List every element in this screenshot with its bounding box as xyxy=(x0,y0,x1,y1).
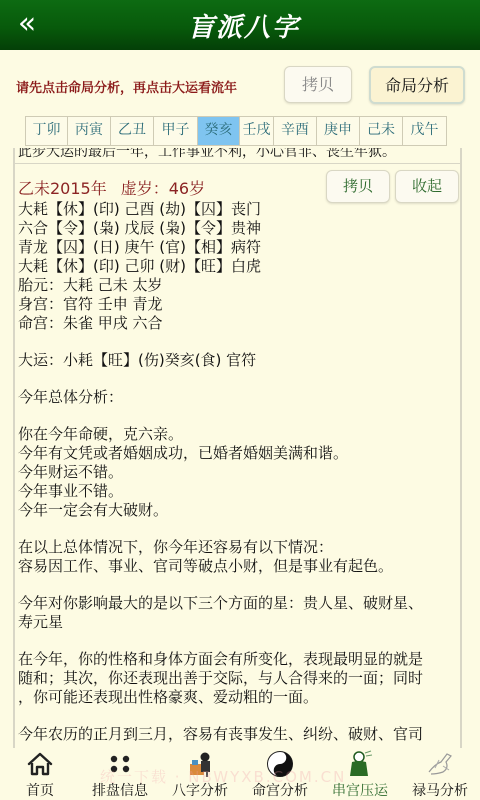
app-title: 盲派八字 xyxy=(188,7,300,44)
spacer xyxy=(18,370,462,388)
horse-sketch-icon xyxy=(425,750,455,778)
overall-line: 你在今年命硬，克六亲。 xyxy=(18,425,462,444)
previous-year-text: 此步大运的最后一年，工作事业不利，小心官非、丧生牢狱。 xyxy=(18,148,396,161)
nav-label: 排盘信息 xyxy=(92,780,148,800)
months-line: 今年农历的正月到三月，容易有丧事发生、纠纷、破财、官司 xyxy=(18,725,462,744)
tab-dayun-6[interactable]: 壬戌 xyxy=(240,117,274,145)
nav-label: 八字分析 xyxy=(172,780,228,800)
yin-yang-icon xyxy=(265,750,295,778)
nav-chuangong-yayun[interactable]: 串宫压运 xyxy=(320,748,400,800)
tab-dayun-1[interactable]: 丁卯 xyxy=(26,117,68,145)
nav-home[interactable]: 首页 xyxy=(0,748,80,800)
spacer xyxy=(18,520,462,538)
overall-heading: 今年总体分析： xyxy=(18,388,462,407)
year-label: 乙未2015年 xyxy=(18,179,107,198)
app-header: « 盲派八字 xyxy=(0,0,480,50)
nav-label: 命宫分析 xyxy=(252,780,308,800)
tab-dayun-9[interactable]: 己未 xyxy=(360,117,403,145)
pillar-year: 大耗【休】(印) 己酉 (劫)【囚】丧门 xyxy=(18,200,462,219)
annual-analysis-panel[interactable]: 此步大运的最后一年，工作事业不利，小心官非、丧生牢狱。 乙未2015年虚岁：46… xyxy=(13,148,462,748)
green-figure-icon xyxy=(345,750,375,778)
minggong-line: 命宫：朱雀 甲戌 六合 xyxy=(18,314,462,333)
taiyuan-line: 胎元：大耗 己未 太岁 xyxy=(18,276,462,295)
tab-dayun-10[interactable]: 戊午 xyxy=(403,117,446,145)
home-icon xyxy=(25,750,55,778)
age-label: 虚岁：46岁 xyxy=(121,179,205,198)
instruction-hint: 请先点击命局分析，再点击大运看流年 xyxy=(16,77,237,96)
spacer xyxy=(18,333,462,351)
copy-year-button[interactable]: 拷贝 xyxy=(326,170,390,203)
spacer xyxy=(18,407,462,425)
divider xyxy=(15,163,460,164)
spacer xyxy=(18,576,462,594)
overall-line: 今年一定会有大破财。 xyxy=(18,501,462,520)
pillar-hour: 大耗【休】(印) 己卯 (财)【旺】白虎 xyxy=(18,257,462,276)
tab-dayun-2[interactable]: 丙寅 xyxy=(68,117,111,145)
tab-dayun-3[interactable]: 乙丑 xyxy=(111,117,154,145)
nav-label: 串宫压运 xyxy=(332,780,388,800)
stars-line: 今年对你影响最大的是以下三个方面的星：贵人星、破财星、 xyxy=(18,594,462,613)
double-chevron-left-icon: « xyxy=(18,6,36,41)
nav-label: 首页 xyxy=(26,780,54,800)
dayun-line: 大运：小耗【旺】(伤)癸亥(食) 官符 xyxy=(18,351,462,370)
personality-line: 随和；其次，你还表现出善于交际，与人合得来的一面；同时 xyxy=(18,669,462,688)
spacer xyxy=(18,707,462,725)
tab-dayun-5[interactable]: 癸亥 xyxy=(198,117,240,145)
chart-analysis-button[interactable]: 命局分析 xyxy=(369,66,465,104)
analysis-text: 大耗【休】(印) 己酉 (劫)【囚】丧门 六合【令】(枭) 戊辰 (枭)【令】贵… xyxy=(18,200,462,748)
stars-line: 寿元星 xyxy=(18,613,462,632)
nav-chart-info[interactable]: 排盘信息 xyxy=(80,748,160,800)
overall-line: 今年财运不错。 xyxy=(18,463,462,482)
personality-line: ，你可能还表现出性格豪爽、爱动粗的一面。 xyxy=(18,688,462,707)
situation-line: 在以上总体情况下，你今年还容易有以下情况： xyxy=(18,538,462,557)
overall-line: 今年有文凭或者婚姻成功，已婚者婚姻美满和谐。 xyxy=(18,444,462,463)
personality-line: 在今年，你的性格和身体方面会有所变化，表现最明显的就是 xyxy=(18,650,462,669)
nav-bazi-analysis[interactable]: 八字分析 xyxy=(160,748,240,800)
collapse-button[interactable]: 收起 xyxy=(395,170,459,203)
copy-button[interactable]: 拷贝 xyxy=(284,66,352,103)
tab-dayun-4[interactable]: 甲子 xyxy=(154,117,198,145)
four-dots-icon xyxy=(105,750,135,778)
dayun-tabs: 丁卯 丙寅 乙丑 甲子 癸亥 壬戌 辛酉 庚申 己未 戊午 xyxy=(25,116,447,146)
tab-dayun-8[interactable]: 庚申 xyxy=(317,117,360,145)
nav-label: 禄马分析 xyxy=(412,780,468,800)
nav-minggong-analysis[interactable]: 命宫分析 xyxy=(240,748,320,800)
shengong-line: 身宫：官符 壬申 青龙 xyxy=(18,295,462,314)
nav-luma-analysis[interactable]: 禄马分析 xyxy=(400,748,480,800)
situation-line: 容易因工作、事业、官司等破点小财，但是事业有起色。 xyxy=(18,557,462,576)
pillar-day: 青龙【囚】(日) 庚午 (官)【相】病符 xyxy=(18,238,462,257)
tab-dayun-7[interactable]: 辛酉 xyxy=(274,117,317,145)
spacer xyxy=(18,632,462,650)
fortune-teller-icon xyxy=(185,750,215,778)
overall-line: 今年事业不错。 xyxy=(18,482,462,501)
back-button[interactable]: « xyxy=(10,6,44,44)
year-title: 乙未2015年虚岁：46岁 xyxy=(18,176,205,199)
pillar-month: 六合【令】(枭) 戊辰 (枭)【令】贵神 xyxy=(18,219,462,238)
bottom-nav: 首页 排盘信息 八字分析 命宫分析 串宫压运 禄马分析 xyxy=(0,748,480,800)
